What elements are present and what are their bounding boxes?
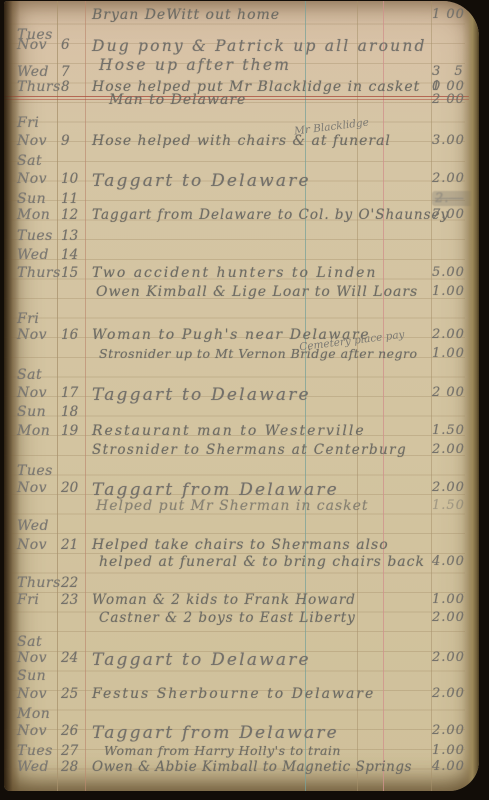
- date-number: 25: [61, 686, 87, 702]
- ledger-line: Owen Kimball & Lige Loar to Will Loars1.…: [4, 284, 479, 306]
- date-number: 23: [61, 592, 87, 608]
- day-label: Nov: [17, 171, 59, 187]
- day-label: Wed: [17, 518, 59, 534]
- date-number: 20: [61, 480, 87, 496]
- date-number: 15: [61, 265, 87, 281]
- entry-text: helped at funeral & to bring chairs back: [99, 554, 425, 570]
- day-label: Thurs: [17, 265, 59, 281]
- ledger-line: Wed28Owen & Abbie Kimball to Magnetic Sp…: [4, 759, 479, 781]
- entry-text: Hose helped with chairs & at funeral: [92, 133, 391, 149]
- date-number: 19: [61, 423, 87, 439]
- date-number: 12: [61, 207, 87, 223]
- entry-text: Taggart to Delaware: [92, 650, 311, 670]
- day-label: Nov: [17, 537, 59, 553]
- day-label: Nov: [17, 327, 59, 343]
- day-label: Nov: [17, 723, 59, 739]
- ledger-line: Man to Delaware2 00: [4, 92, 479, 114]
- date-number: 18: [61, 404, 87, 420]
- day-label: Tues: [17, 228, 59, 244]
- ledger-line: Nov26Taggart from Delaware2.00: [4, 723, 479, 745]
- date-number: 27: [61, 743, 87, 759]
- entry-text: Taggart to Delaware: [92, 171, 311, 191]
- date-number: 11: [61, 191, 87, 207]
- day-label: Tues: [17, 463, 59, 479]
- day-label: Fri: [17, 115, 59, 131]
- ledger-photo: Bryan DeWitt out home1 00 Tues Nov6Dug p…: [0, 0, 489, 800]
- entry-text: Owen & Abbie Kimball to Magnetic Springs: [92, 759, 412, 775]
- day-label: Nov: [17, 133, 59, 149]
- day-label: Tues: [17, 743, 59, 759]
- day-label: Wed: [17, 759, 59, 775]
- ledger-line: Bryan DeWitt out home1 00: [4, 7, 479, 29]
- entry-text: Strosnider up to Mt Vernon Bridge after …: [99, 346, 418, 361]
- date-number: 10: [61, 171, 87, 187]
- entry-text: Man to Delaware: [109, 92, 246, 108]
- page-edge-stack: [462, 1, 479, 791]
- entry-text: Restaurant man to Westerville: [92, 423, 366, 439]
- date-number: 24: [61, 650, 87, 666]
- day-label: Wed: [17, 247, 59, 263]
- ledger-line: Strosnider up to Mt Vernon Bridge after …: [4, 346, 479, 368]
- day-label: Nov: [17, 37, 59, 53]
- day-label: Nov: [17, 686, 59, 702]
- book-binding: [4, 1, 20, 791]
- day-label: Thurs: [17, 575, 59, 591]
- entry-text: Taggart from Delaware: [92, 723, 339, 743]
- entry-text: Castner & 2 boys to East Liberty: [99, 610, 356, 626]
- entry-text: Owen Kimball & Lige Loar to Will Loars: [96, 284, 418, 300]
- day-label: Mon: [17, 706, 59, 722]
- entry-text: Strosnider to Shermans at Centerburg: [92, 442, 407, 458]
- ledger-line: Nov9Hose helped with chairs & at funeral…: [4, 133, 479, 155]
- date-number: 26: [61, 723, 87, 739]
- day-label: Sat: [17, 367, 59, 383]
- day-label: Wed: [17, 64, 59, 80]
- entry-text: Dug pony & Patrick up all around: [92, 37, 427, 55]
- day-label: Sat: [17, 153, 59, 169]
- date-number: 17: [61, 385, 87, 401]
- day-label: Nov: [17, 385, 59, 401]
- ledger-line: Nov10Taggart to Delaware2.00: [4, 171, 479, 193]
- day-label: Sun: [17, 668, 59, 684]
- ledger-line: Nov25Festus Sherbourne to Delaware2.00: [4, 686, 479, 708]
- date-number: 28: [61, 759, 87, 775]
- date-number: 22: [61, 575, 87, 591]
- entry-text: Bryan DeWitt out home: [92, 7, 280, 23]
- ledger-line: Mon12Taggart from Delaware to Col. by O'…: [4, 207, 479, 229]
- date-number: 14: [61, 247, 87, 263]
- day-label: Mon: [17, 207, 59, 223]
- ledger-line: Castner & 2 boys to East Liberty2.00: [4, 610, 479, 632]
- entry-text: Taggart to Delaware: [92, 385, 311, 405]
- day-label: Fri: [17, 311, 59, 327]
- entry-text: Woman from Harry Holly's to train: [104, 743, 341, 758]
- entry-text: Woman & 2 kids to Frank Howard: [92, 592, 356, 608]
- day-label: Sat: [17, 634, 59, 650]
- day-label: Nov: [17, 650, 59, 666]
- day-label: Sun: [17, 404, 59, 420]
- entry-text: Taggart from Delaware: [92, 480, 339, 500]
- entry-text: Helped put Mr Sherman in casket: [96, 498, 369, 514]
- entry-text: Festus Sherbourne to Delaware: [92, 686, 375, 702]
- entry-text: Taggart from Delaware to Col. by O'Shaun…: [92, 207, 449, 223]
- ledger-line: Helped put Mr Sherman in casket1.50: [4, 498, 479, 520]
- ledger-line: Strosnider to Shermans at Centerburg2.00: [4, 442, 479, 464]
- ledger-line: helped at funeral & to bring chairs back…: [4, 554, 479, 576]
- date-number: 13: [61, 228, 87, 244]
- date-number: 9: [61, 133, 87, 149]
- day-label: Nov: [17, 480, 59, 496]
- date-number: 7: [61, 64, 87, 80]
- date-number: 21: [61, 537, 87, 553]
- day-label: Sun: [17, 191, 59, 207]
- entry-text: Helped take chairs to Shermans also: [92, 537, 389, 553]
- day-label: Mon: [17, 423, 59, 439]
- entry-text: Two accident hunters to Linden: [92, 265, 377, 281]
- day-label: Fri: [17, 592, 59, 608]
- date-number: 16: [61, 327, 87, 343]
- date-number: 6: [61, 37, 87, 53]
- ledger-page: Bryan DeWitt out home1 00 Tues Nov6Dug p…: [4, 1, 479, 791]
